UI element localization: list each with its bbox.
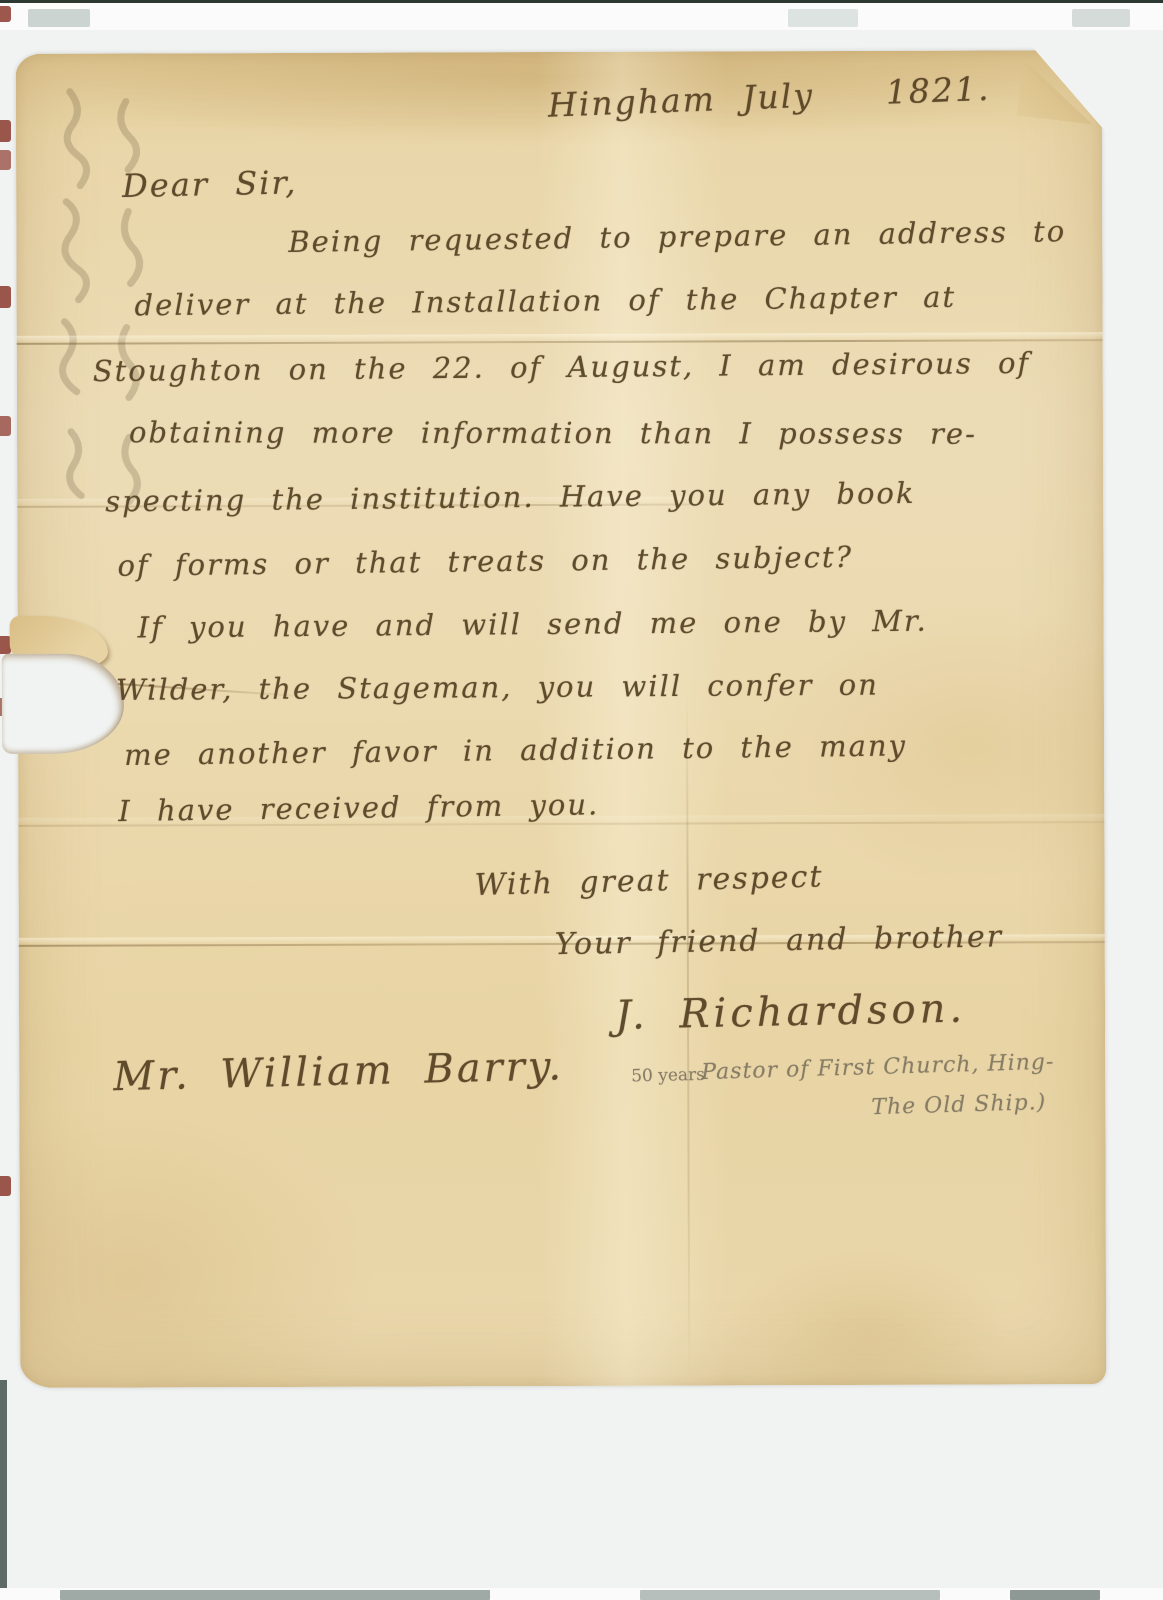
scanner-top-strip [0,3,1163,30]
scanner-artifact [788,9,858,27]
scanner-artifact [1010,1590,1100,1600]
signature: J. Richardson. [615,986,967,1039]
body-line: If you have and will send me one by Mr. [138,604,928,645]
body-line: obtaining more information than I posses… [129,415,977,450]
body-line: Stoughton on the 22. of August, I am des… [93,346,1031,388]
scan-edge-artifact [0,120,11,142]
body-line: of forms or that treats on the subject? [117,540,853,583]
scan-edge-artifact [0,6,11,22]
scan-background: Hingham July 1821. Dear Sir, Being reque… [0,0,1163,1600]
year: 1821. [885,69,991,112]
body-line: Wilder, the Stageman, you will confer on [116,668,879,707]
place-and-month: Hingham July [547,76,814,125]
scanner-bottom-strip [0,1588,1163,1600]
scanner-artifact [60,1590,490,1600]
torn-edge-hole [2,654,124,754]
scanner-left-edge [0,1380,7,1588]
closing-friend: Your friend and brother [555,919,1004,962]
fold-crease [17,332,1103,345]
pencil-annotation-old-ship: The Old Ship.) [871,1090,1047,1120]
scan-edge-artifact [0,1176,11,1196]
salutation: Dear Sir, [122,163,298,205]
scan-edge-artifact [0,416,11,436]
body-line: deliver at the Installation of the Chapt… [134,280,956,323]
scanner-artifact [28,9,90,27]
body-line: Being requested to prepare an address to [288,214,1066,259]
scanner-artifact [640,1590,940,1600]
closing-respect: With great respect [474,859,824,903]
scan-edge-artifact [0,150,11,170]
body-line: me another favor in addition to the many [124,728,907,772]
body-line: specting the institution. Have you any b… [105,476,916,518]
letter-paper: Hingham July 1821. Dear Sir, Being reque… [16,50,1107,1388]
pencil-annotation-pastor: Pastor of First Church, Hing- [701,1050,1055,1085]
scanner-artifact [1072,9,1130,27]
scan-edge-artifact [0,286,11,308]
body-line: I have received from you. [118,787,599,828]
addressee-name: Mr. William Barry. [113,1043,565,1100]
dateline: Hingham July 1821. [547,69,991,125]
pencil-annotation-years: 50 years [631,1065,705,1087]
